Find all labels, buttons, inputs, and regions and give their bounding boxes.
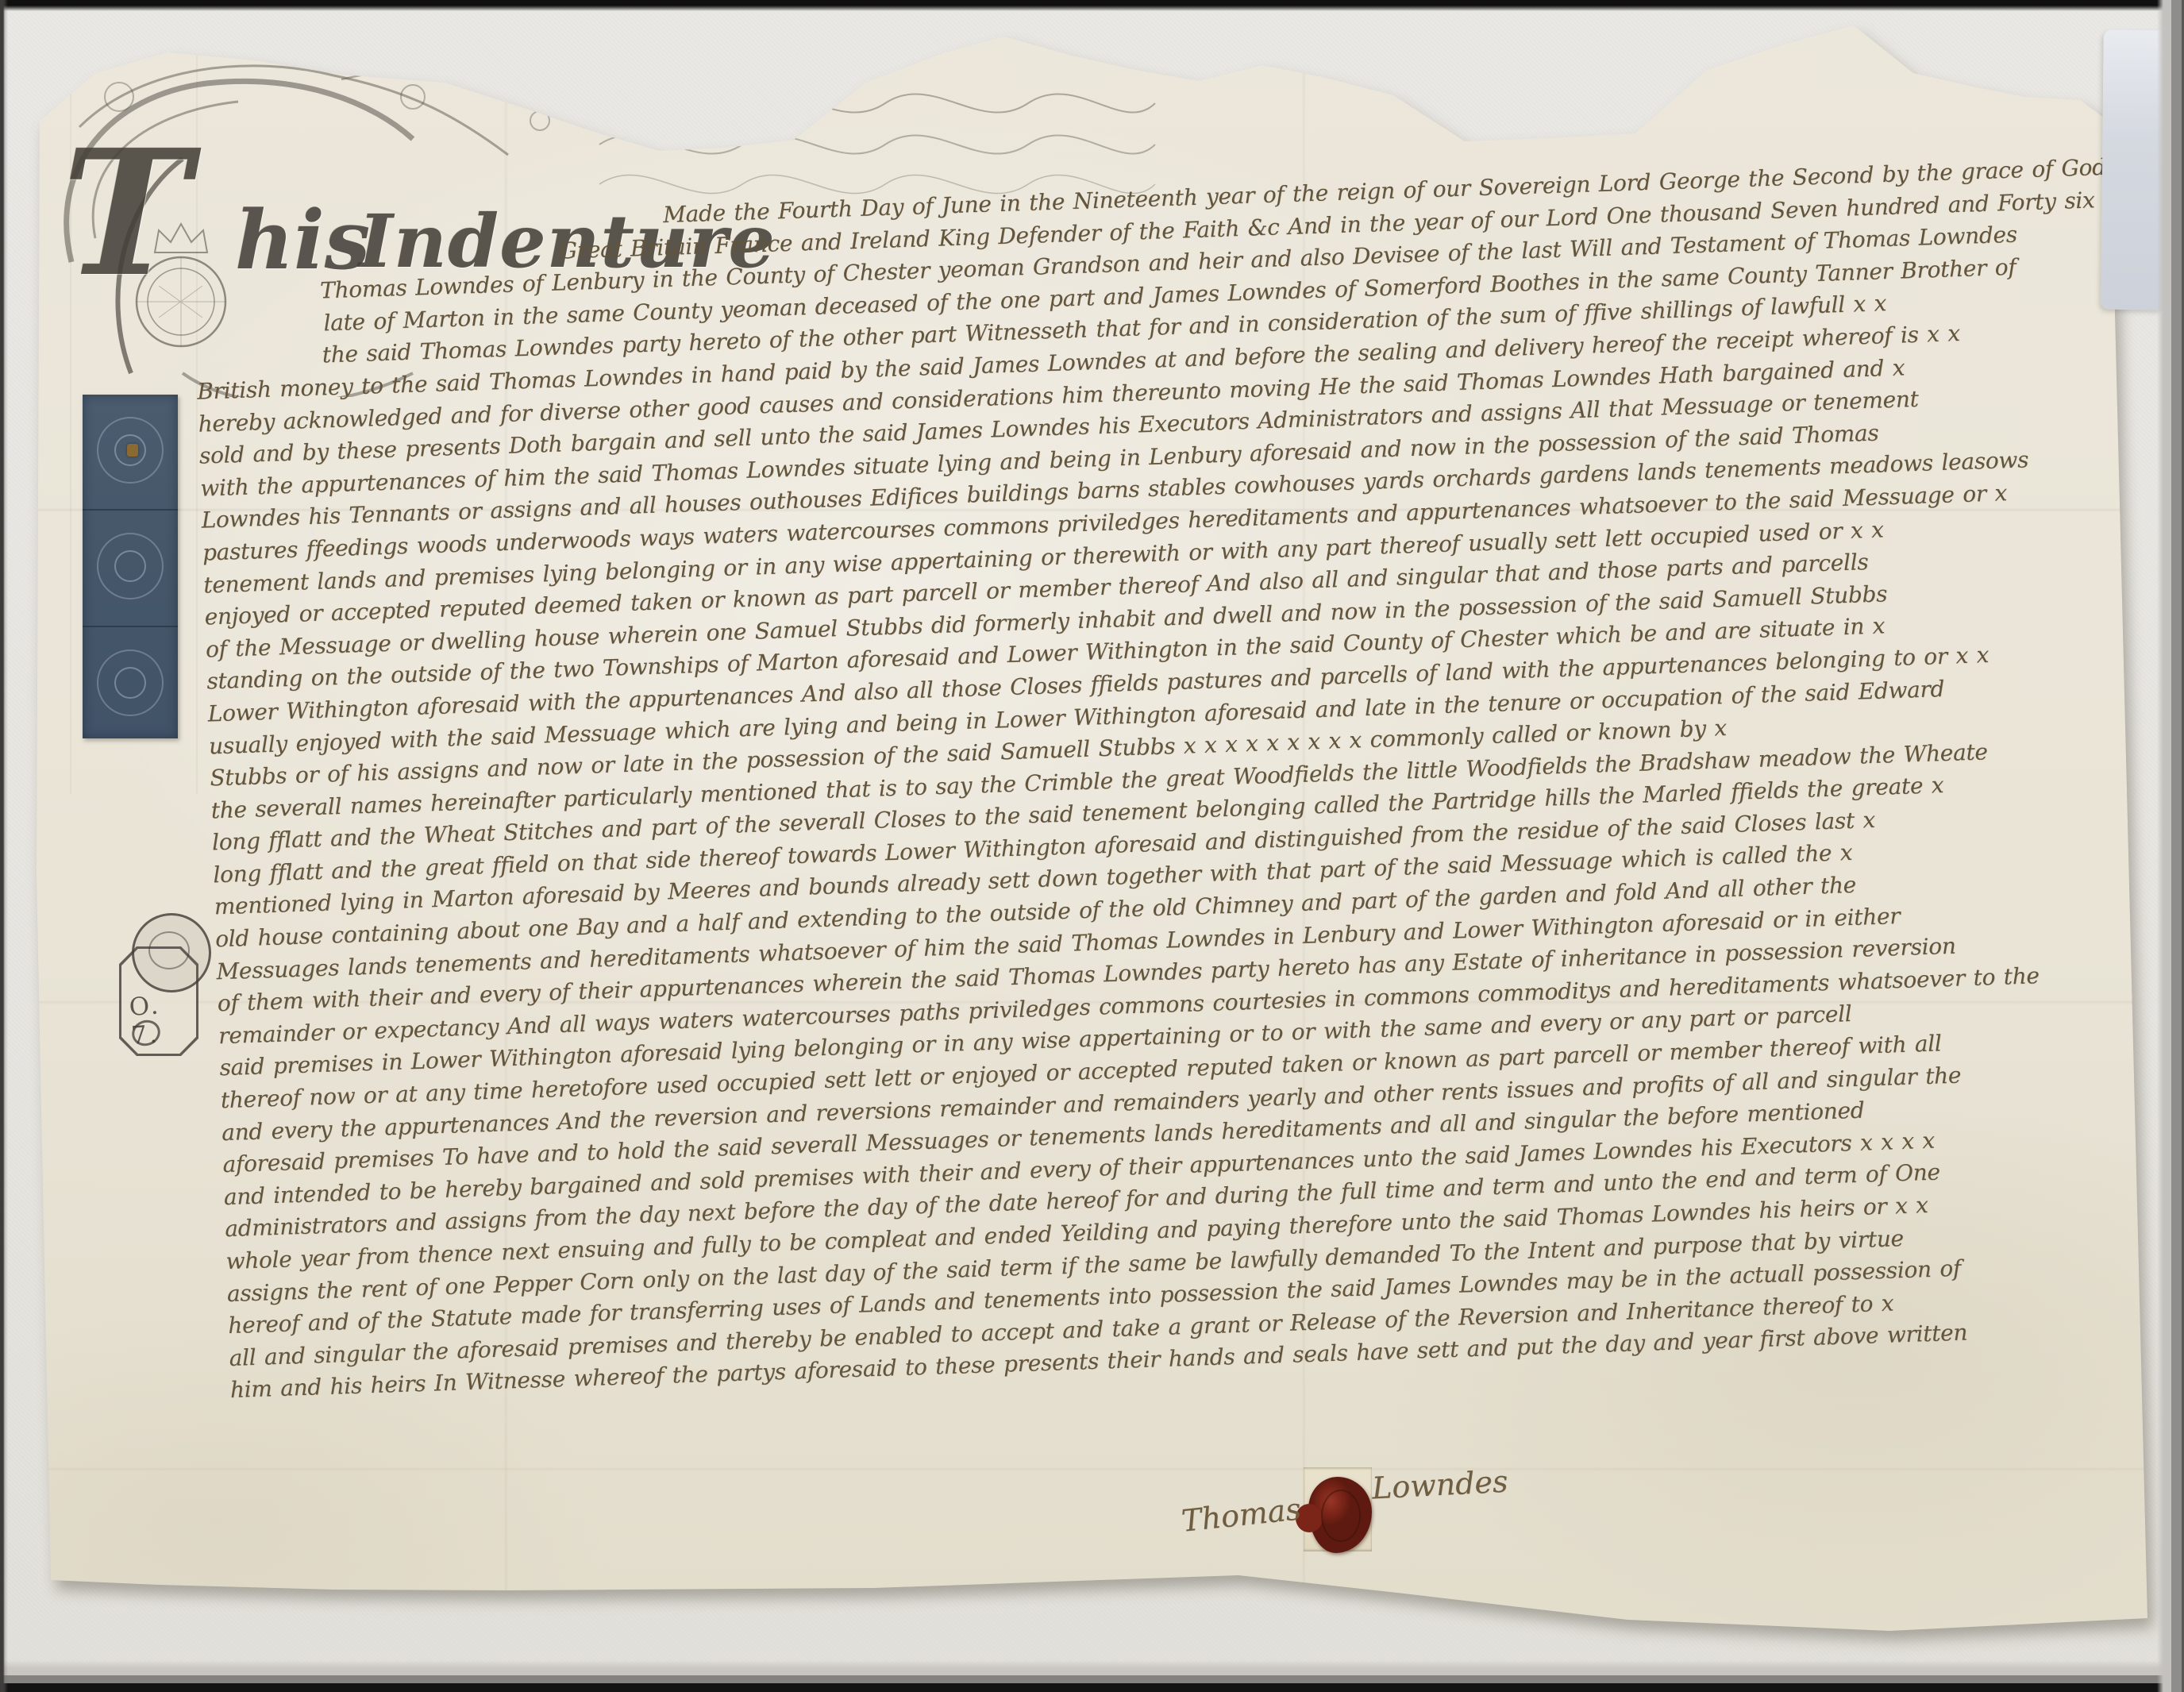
octagon-duty-stamp-label-layer: O. 7. bbox=[119, 946, 198, 1056]
frame-edge-right bbox=[2157, 0, 2184, 1692]
revenue-stamp-panel bbox=[83, 395, 178, 511]
frame-edge-bottom bbox=[0, 1660, 2184, 1692]
frame-edge-top bbox=[0, 0, 2184, 11]
duty-stamp-label: O. 7. bbox=[129, 989, 201, 1050]
signature-lowndes: Lowndes bbox=[1371, 1464, 1509, 1506]
revenue-stamp-panel bbox=[83, 511, 178, 626]
framed-indenture-photo: T his Indenture bbox=[0, 0, 2184, 1692]
parchment-sheet: T his Indenture bbox=[0, 0, 2184, 1692]
heading-initial-T: T bbox=[62, 127, 191, 300]
manuscript-body: Made the Fourth Day of June in the Ninet… bbox=[187, 153, 2154, 1409]
embossed-ring bbox=[114, 667, 146, 699]
gold-fleck bbox=[127, 444, 138, 457]
revenue-stamp-panel bbox=[83, 627, 178, 742]
frame-edge-left bbox=[0, 0, 8, 1692]
parchment-wrap: T his Indenture bbox=[0, 0, 2184, 1692]
blue-revenue-stamp bbox=[83, 395, 178, 738]
